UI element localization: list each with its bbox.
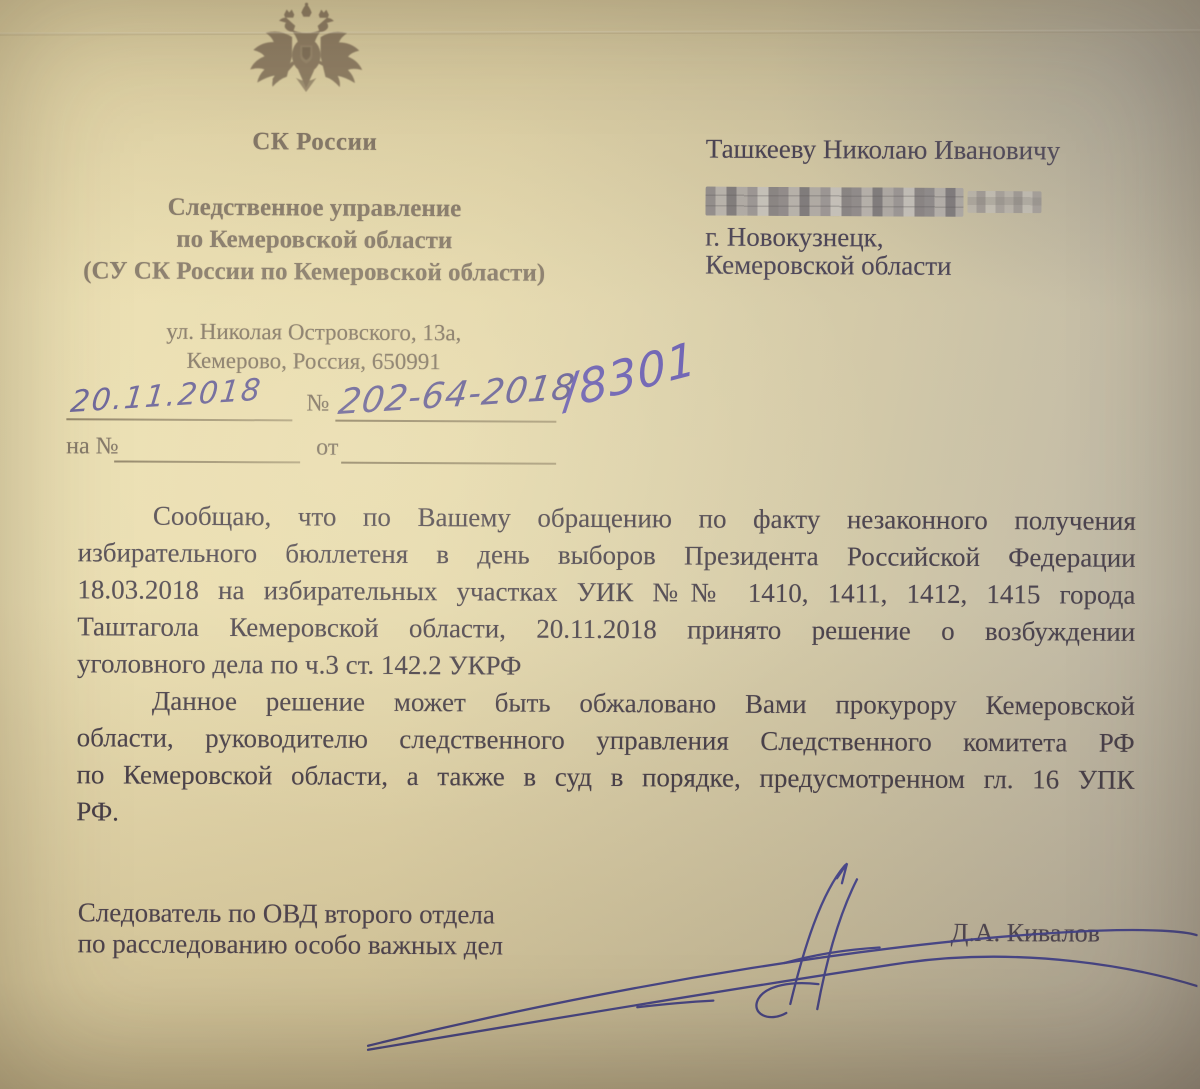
body-line: 18.03.2018 на избирательных участках УИК… (77, 571, 1135, 614)
body-line: Таштагола Кемеровской области, 20.11.201… (77, 608, 1135, 651)
signer-name: Д.А. Кивалов (951, 918, 1100, 949)
body-line: Сообщаю, что по Вашему обращению по факт… (78, 497, 1136, 540)
date-underline (66, 418, 292, 421)
recipient-city: г. Новокузнецк, (705, 223, 1145, 253)
body-line: РФ. (76, 793, 1134, 836)
letter-photo: СК России Следственное управление по Кем… (0, 0, 1200, 1089)
body-line: избирательного бюллетеня в день выборов … (78, 534, 1136, 577)
reply-to-label: на № (66, 433, 119, 460)
from-label: от (316, 435, 338, 462)
body-line: области, руководителю следственного упра… (77, 719, 1135, 762)
recipient-name: Ташкееву Николаю Ивановичу (706, 134, 1146, 167)
body-line: Данное решение может быть обжаловано Вам… (77, 682, 1135, 725)
org-name-line1: Следственное управление (39, 191, 589, 226)
recipient-block: Ташкееву Николаю Ивановичу г. Новокузнец… (705, 134, 1146, 281)
agency-short-name: СК России (40, 127, 590, 158)
number-label: № (306, 390, 329, 417)
signer-title: Следователь по ОВД второго отдела по рас… (78, 897, 504, 961)
from-underline (341, 462, 556, 465)
recipient-region: Кемеровской области (705, 251, 1145, 281)
org-name-line3: (СУ СК России по Кемеровской области) (39, 255, 589, 290)
letterhead: СК России Следственное управление по Кем… (39, 127, 590, 377)
signer-title-line1: Следователь по ОВД второго отдела (78, 897, 504, 930)
org-address-line1: ул. Николая Островского, 13а, (39, 316, 589, 348)
handwritten-date: 20.11.2018 (69, 372, 264, 420)
body-line: уголовного дела по ч.3 ст. 142.2 УКРФ (77, 645, 1135, 688)
org-name-line2: по Кемеровской области (39, 223, 589, 258)
redacted-address-block (705, 187, 963, 217)
letter-body: Сообщаю, что по Вашему обращению по факт… (76, 497, 1136, 836)
russian-coat-of-arms-icon (240, 2, 373, 115)
body-line: по Кемеровской области, а также в суд в … (76, 756, 1134, 799)
letter-content: СК России Следственное управление по Кем… (0, 0, 1200, 1089)
reply-to-underline (114, 460, 300, 463)
redacted-address-fragment (967, 191, 1041, 213)
signer-title-line2: по расследованию особо важных дел (78, 928, 504, 961)
